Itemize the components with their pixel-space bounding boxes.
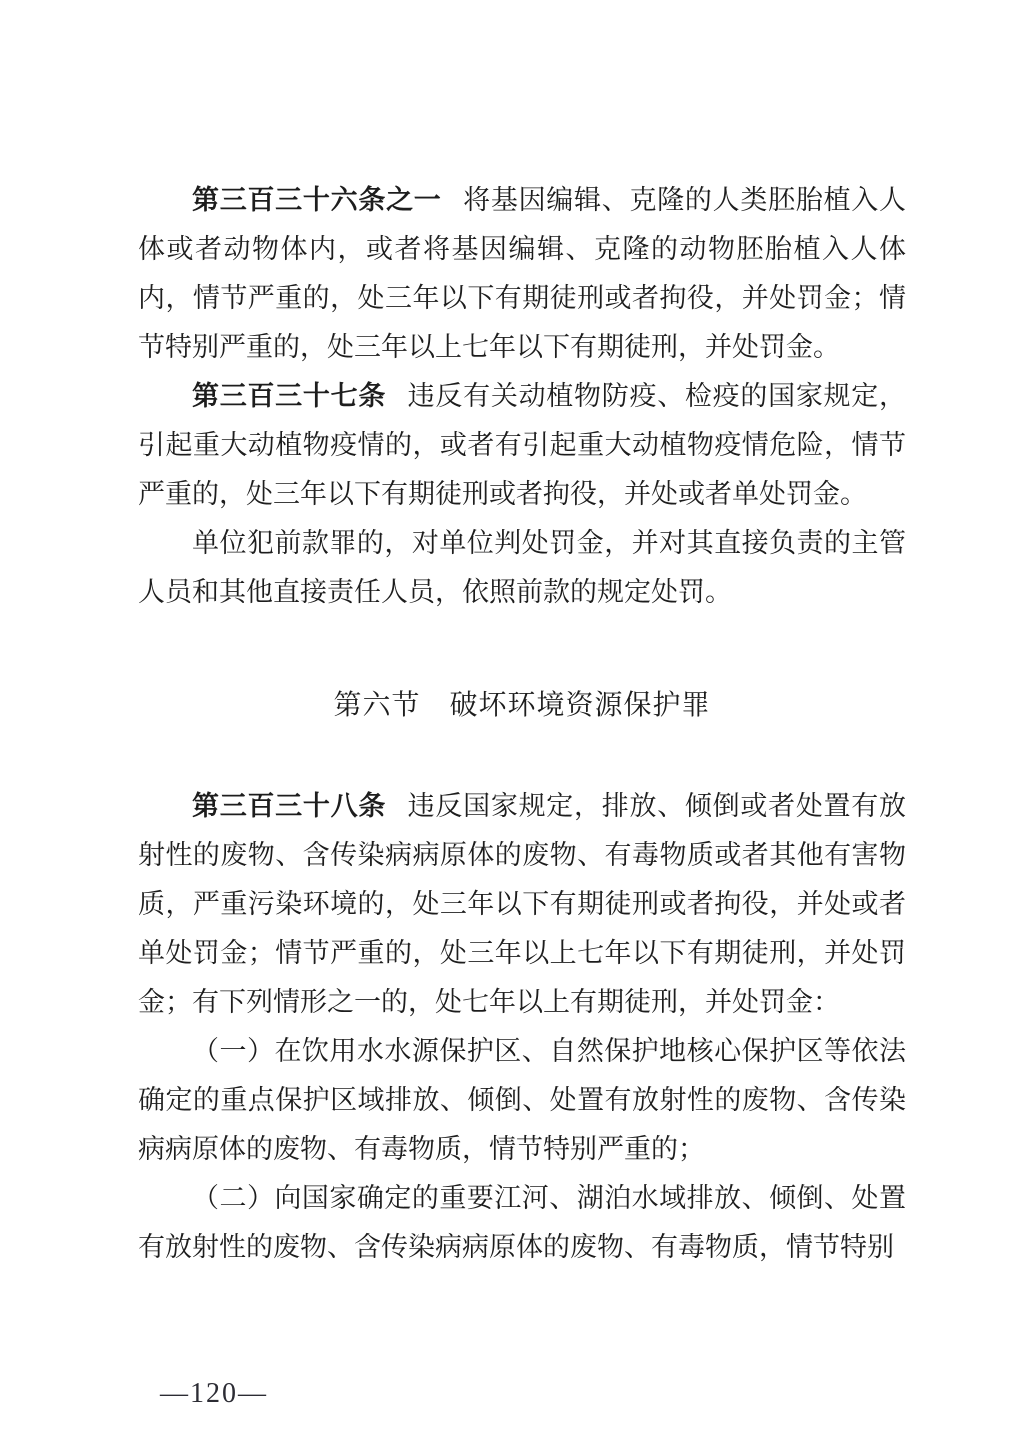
- article-338-item-1: （一）在饮用水水源保护区、自然保护地核心保护区等依法确定的重点保护区域排放、倾倒…: [138, 1027, 906, 1174]
- section-6-heading: 第六节 破坏环境资源保护罪: [138, 681, 906, 730]
- article-338-item-2: （二）向国家确定的重要江河、湖泊水域排放、倾倒、处置有放射性的废物、含传染病病原…: [138, 1174, 906, 1272]
- page-content: 第三百三十六条之一将基因编辑、克隆的人类胚胎植入人体或者动物体内，或者将基因编辑…: [138, 176, 906, 1272]
- article-337-unit-clause-text: 单位犯前款罪的，对单位判处罚金，并对其直接负责的主管人员和其他直接责任人员，依照…: [138, 528, 906, 607]
- article-338-paragraph: 第三百三十八条违反国家规定，排放、倾倒或者处置有放射性的废物、含传染病病原体的废…: [138, 782, 906, 1027]
- article-338-text: 违反国家规定，排放、倾倒或者处置有放射性的废物、含传染病病原体的废物、有毒物质或…: [138, 791, 906, 1017]
- article-338-item-2-text: （二）向国家确定的重要江河、湖泊水域排放、倾倒、处置有放射性的废物、含传染病病原…: [138, 1183, 906, 1262]
- article-338-item-1-text: （一）在饮用水水源保护区、自然保护地核心保护区等依法确定的重点保护区域排放、倾倒…: [138, 1036, 906, 1164]
- page-number: —120—: [160, 1378, 268, 1410]
- article-338-number: 第三百三十八条: [192, 791, 386, 821]
- article-336-1-paragraph: 第三百三十六条之一将基因编辑、克隆的人类胚胎植入人体或者动物体内，或者将基因编辑…: [138, 176, 906, 372]
- article-337-paragraph: 第三百三十七条违反有关动植物防疫、检疫的国家规定，引起重大动植物疫情的，或者有引…: [138, 372, 906, 519]
- article-336-1-number: 第三百三十六条之一: [192, 185, 442, 215]
- article-337-number: 第三百三十七条: [192, 381, 386, 411]
- article-337-unit-clause: 单位犯前款罪的，对单位判处罚金，并对其直接负责的主管人员和其他直接责任人员，依照…: [138, 519, 906, 617]
- document-page: 第三百三十六条之一将基因编辑、克隆的人类胚胎植入人体或者动物体内，或者将基因编辑…: [0, 0, 1024, 1448]
